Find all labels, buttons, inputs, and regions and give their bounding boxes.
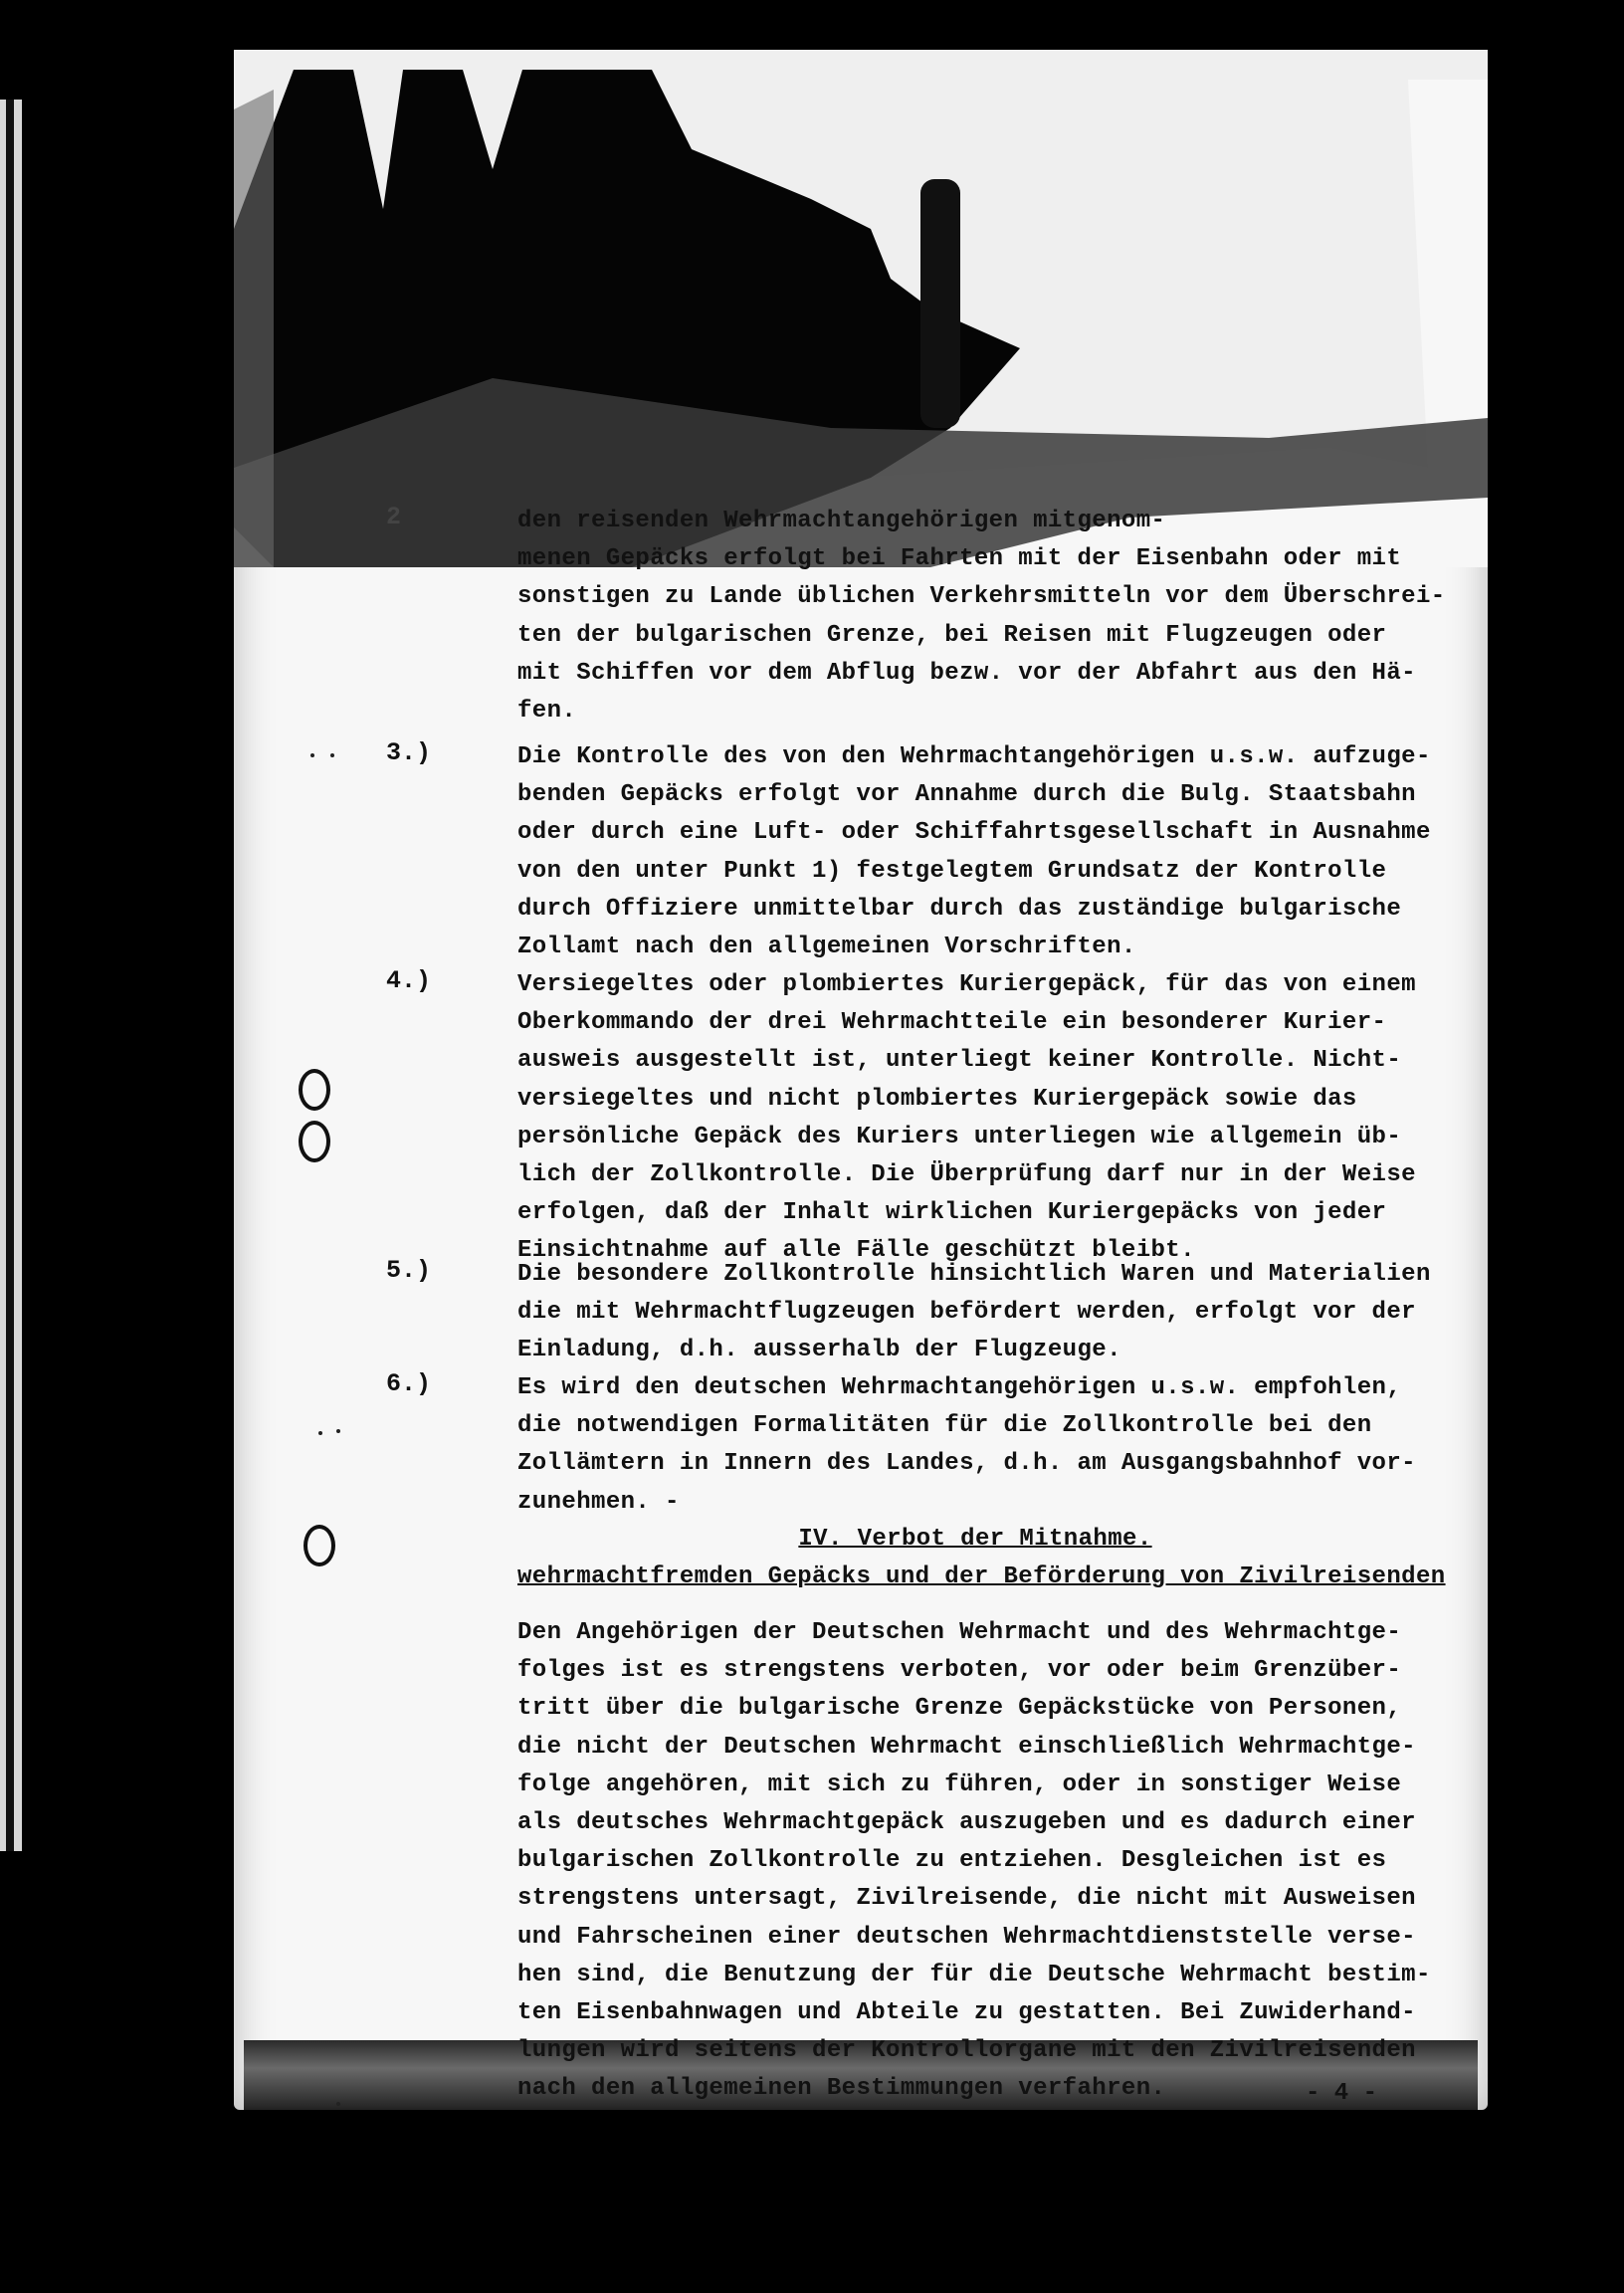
item-number: 3.) (386, 738, 431, 767)
punch-hole-icon (304, 1525, 335, 1566)
item-number: 5.) (386, 1256, 431, 1285)
item-3-text: Die Kontrolle des von den Wehrmachtangeh… (517, 738, 1433, 966)
item-2-text: den reisenden Wehrmachtangehörigen mitge… (517, 503, 1433, 730)
punch-hole-icon (299, 1069, 330, 1111)
section-body: Den Angehörigen der Deutschen Wehrmacht … (517, 1614, 1433, 2108)
hand-shadow-overlay (234, 50, 1488, 567)
item-number: 6.) (386, 1369, 431, 1398)
item-4-text: Versiegeltes oder plombiertes Kuriergepä… (517, 966, 1433, 1271)
item-number: 4.) (386, 966, 431, 995)
page-number: - 4 - (1306, 2080, 1377, 2107)
section-subheading: wehrmachtfremden Gepäcks und der Beförde… (517, 1559, 1433, 1596)
adjacent-page-edge (0, 100, 22, 1851)
section-heading: IV. Verbot der Mitnahme. wehrmachtfremde… (517, 1521, 1433, 1596)
item-number: 2 (386, 503, 401, 531)
punch-hole-icon (299, 1121, 330, 1162)
item-5-text: Die besondere Zollkontrolle hinsichtlich… (517, 1256, 1433, 1370)
item-6-text: Es wird den deutschen Wehrmachtangehörig… (517, 1369, 1433, 1522)
